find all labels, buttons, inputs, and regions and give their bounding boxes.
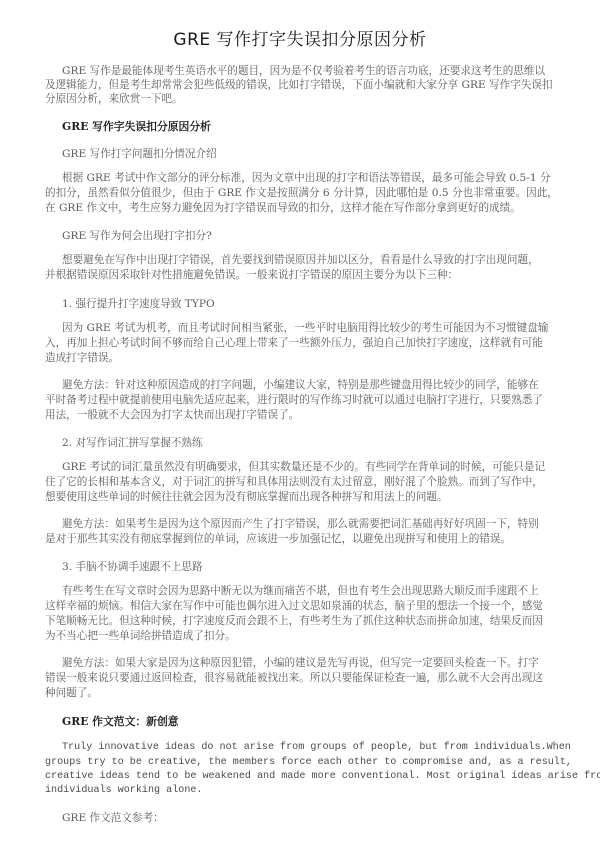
item2-avoid-line-2: 是对于那些其实没有彻底掌握到位的单词，应该进一步加强记忆，以避免出现拼写和使用上… <box>45 532 511 546</box>
section-heading-analysis: GRE 写作字失误扣分原因分析 <box>62 119 211 134</box>
para2-line-1: 想要避免在写作中出现打字错误，首先要找到错误原因并加以区分，看看是什么导致的打字… <box>62 253 539 267</box>
document-page: GRE 写作打字失误扣分原因分析 GRE 写作是最能体现考生英语水平的题目，因为… <box>0 0 600 849</box>
item1-avoid-line-1: 避免方法：针对这种原因造成的打字问题，小编建议大家，特别是那些键盘用得比较少的同… <box>62 378 539 392</box>
item3-para-line-4: 为不当心把一些单词给拼错造成了扣分。 <box>45 629 236 643</box>
intro-line-3: 分原因分析，来欣赏一下吧。 <box>45 92 183 106</box>
item1-heading: 1. 强行提升打字速度导致 TYPO <box>62 296 215 311</box>
item3-para-line-2: 这样幸福的烦恼。相信大家在写作中可能也偶尔进入过文思如泉涌的状态，脑子里的想法一… <box>45 599 543 613</box>
essay-line-1: Truly innovative ideas do not arise from… <box>62 741 571 755</box>
document-title: GRE 写作打字失误扣分原因分析 <box>0 25 600 50</box>
item1-avoid-line-2: 平时备考过程中就提前使用电脑先适应起来，进行限时的写作练习时就可以通过电脑打字进… <box>45 393 543 407</box>
intro-line-2: 及逻辑能力，但是考生却常常会犯些低级的错误，比如打字错误，下面小编就和大家分享 … <box>45 78 553 92</box>
para1-line-2: 的扣分，虽然看似分值很少，但由于 GRE 作文是按照满分 6 分计算，因此哪怕是… <box>45 186 558 200</box>
para1-line-1: 根据 GRE 考试中作文部分的评分标准，因为文章中出现的打字和语法等错误，最多可… <box>62 171 551 185</box>
subheading-deduction-intro: GRE 写作打字问题扣分情况介绍 <box>62 146 217 161</box>
item1-para-line-3: 造成打字错误。 <box>45 351 119 365</box>
item2-para-line-3: 想要使用这些单词的时候往往就会因为没有彻底掌握而出现各种拼写和用法上的问题。 <box>45 490 448 504</box>
item3-avoid-line-1: 避免方法：如果大家是因为这种原因犯错，小编的建议是先写再说，但写完一定要回头检查… <box>62 656 539 670</box>
subheading-essay-reference: GRE 作文范文参考： <box>62 810 164 825</box>
item3-avoid-line-2: 错误一般来说只要通过返回检查，很容易就能被找出来。所以只要能保证检查一遍，那么就… <box>45 671 543 685</box>
essay-line-3: creative ideas tend to be weakened and m… <box>45 770 600 784</box>
para2-line-2: 并根据错误原因采取针对性措施避免错误。一般来说打字错误的原因主要分为以下三种： <box>45 268 458 282</box>
item2-para-line-1: GRE 考试的词汇量虽然没有明确要求，但其实数量还是不少的。有些同学在背单词的时… <box>62 460 545 474</box>
item2-avoid-line-1: 避免方法：如果考生是因为这个原因而产生了打字错误，那么就需要把词汇基础再好好巩固… <box>62 517 539 531</box>
essay-line-4: individuals working alone. <box>45 784 203 798</box>
item1-para-line-2: 入，再加上担心考试时间不够而给自己心理上带来了一些额外压力，强迫自己加快打字速度… <box>45 336 543 350</box>
intro-line-1: GRE 写作是最能体现考生英语水平的题目，因为是不仅考验着考生的语言功底，还要求… <box>62 64 545 78</box>
essay-line-2: groups try to be creative, the members f… <box>45 756 572 770</box>
subheading-why-typo: GRE 写作为何会出现打字扣分? <box>62 228 212 243</box>
item3-para-line-3: 下笔顺畅无比。但这种时候，打字速度反而会跟不上，有些考生为了抓住这种状态而拼命加… <box>45 614 543 628</box>
item1-para-line-1: 因为 GRE 考试为机考，而且考试时间相当紧张，一些平时电脑用得比较少的考生可能… <box>62 321 548 335</box>
para1-line-3: 在 GRE 作文中，考生应努力避免因为打字错误而导致的扣分，这样才能在写作部分拿… <box>45 201 521 215</box>
item3-para-line-1: 有些考生在写文章时会因为思路中断无以为继而痛苦不堪，但也有考生会出现思路大顺反而… <box>62 584 539 598</box>
item3-avoid-line-3: 种问题了。 <box>45 686 98 700</box>
item1-avoid-line-3: 用法，一般就不大会因为打字太快而出现打字错误了。 <box>45 408 299 422</box>
section-heading-essay: GRE 作文范文：新创意 <box>62 714 179 729</box>
item2-para-line-2: 住了它的长相和基本含义，对于词汇的拼写和具体用法则没有太过留意，刚好混了个脸熟。… <box>45 475 543 489</box>
item2-heading: 2. 对写作词汇拼写掌握不熟练 <box>62 435 203 450</box>
item3-heading: 3. 手脑不协调手速跟不上思路 <box>62 559 203 574</box>
